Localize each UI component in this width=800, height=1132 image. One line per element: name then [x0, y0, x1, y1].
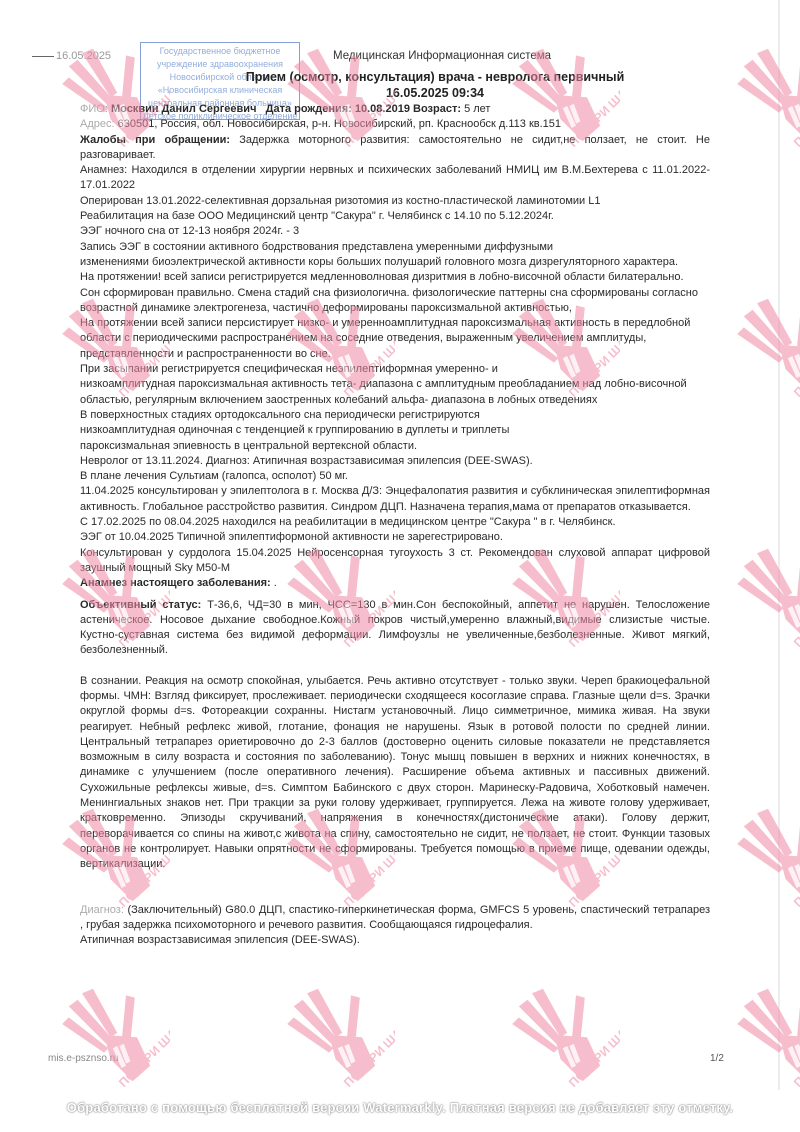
anamnesis-line: Невролог от 13.11.2024. Диагноз: Атипичн… — [80, 454, 710, 469]
print-date-text: 16.05.2025 — [56, 50, 111, 62]
dob-label: Дата рождения: — [266, 103, 352, 115]
present-illness-text: . — [274, 577, 277, 589]
anamnesis-line: области с периодическими распространение… — [80, 331, 710, 346]
complaints-label: Жалобы при обращении: — [80, 134, 230, 146]
document-page: 16.05.2025 Медицинская Информационная си… — [0, 0, 800, 1100]
anamnesis-line: ЭЭГ ночного сна от 12-13 ноября 2024г. -… — [80, 224, 710, 239]
present-illness: Анамнез настоящего заболевания: . — [80, 576, 710, 591]
address-value: 630501, Россия, обл. Новосибирская, р-н.… — [118, 118, 561, 130]
anamnesis-line: представленности и распространенности во… — [80, 347, 710, 362]
diagnosis-text: (Заключительный) G80.0 ДЦП, спастико-гип… — [80, 904, 710, 931]
objective-status: Объективный статус: Т-36,6, ЧД=30 в мин,… — [80, 598, 710, 659]
neuro-status: В сознании. Реакция на осмотр спокойная,… — [80, 674, 710, 873]
document-body: ФИО: Москвин Данил Сергеевич Дата рожден… — [80, 102, 710, 948]
anamnesis-line: низкоамплитудная пароксизмальная активно… — [80, 377, 710, 392]
anamnesis-line: Анамнез: Находился в отделении хирургии … — [80, 163, 710, 194]
anamnesis-line: 11.04.2025 консультирован у эпилептолога… — [80, 484, 710, 515]
anamnesis-line: С 17.02.2025 по 08.04.2025 находился на … — [80, 515, 710, 530]
anamnesis-line: В поверхностных стадиях ортодоксального … — [80, 408, 710, 423]
anamnesis-line: При засыпании регистрируется специфическ… — [80, 362, 710, 377]
anamnesis-line: Реабилитация на базе ООО Медицинский цен… — [80, 209, 710, 224]
diagnosis-label: Диагноз: — [80, 904, 124, 916]
patient-name: Москвин Данил Сергеевич — [111, 103, 257, 115]
present-illness-label: Анамнез настоящего заболевания: — [80, 577, 271, 589]
anamnesis-line: пароксизмальная эпиевность в центральной… — [80, 439, 710, 454]
anamnesis-block: Анамнез: Находился в отделении хирургии … — [80, 163, 710, 576]
age-value: 5 лет — [464, 103, 490, 115]
objective-status-label: Объективный статус: — [80, 599, 201, 611]
age-label: Возраст: — [413, 103, 461, 115]
anamnesis-line: На протяжении всей записи персистирует н… — [80, 316, 710, 331]
anamnesis-line: В плане лечения Сультиам (галопса, оспол… — [80, 469, 710, 484]
diagnosis-secondary: Атипичная возрастзависимая эпилепсия (DE… — [80, 933, 710, 948]
address-line: Адрес: 630501, Россия, обл. Новосибирска… — [80, 117, 710, 132]
anamnesis-line: Консультирован у сурдолога 15.04.2025 Не… — [80, 546, 710, 577]
dob-value: 10.08.2019 — [355, 103, 410, 115]
anamnesis-line: Оперирован 13.01.2022-селективная дорзал… — [80, 194, 710, 209]
complaints: Жалобы при обращении: Задержка моторного… — [80, 133, 710, 164]
anamnesis-line: низкоамплитудная одиночная с тенденцией … — [80, 423, 710, 438]
watermark-banner: Обработано с помощью бесплатной версии W… — [0, 1100, 800, 1115]
diagnosis: Диагноз: (Заключительный) G80.0 ДЦП, спа… — [80, 903, 710, 934]
stamp-line: Государственное бюджетное — [141, 45, 299, 58]
page-number: 1/2 — [710, 1053, 724, 1064]
fio-label: ФИО: — [80, 103, 108, 115]
footer-site: mis.e-psznso.ru — [48, 1053, 119, 1064]
document-title: Прием (осмотр, консультация) врача - нев… — [0, 70, 800, 84]
anamnesis-line: Запись ЭЭГ в состоянии активного бодрств… — [80, 240, 710, 255]
document-datetime: 16.05.2025 09:34 — [0, 86, 800, 100]
page-edge — [778, 0, 780, 1090]
anamnesis-line: Сон сформирован правильно. Смена стадий … — [80, 286, 710, 301]
anamnesis-line: областью, регулярным включением заострен… — [80, 393, 710, 408]
anamnesis-line: На протяжении! всей записи регистрируетс… — [80, 270, 710, 285]
patient-line: ФИО: Москвин Данил Сергеевич Дата рожден… — [80, 102, 710, 117]
address-label: Адрес: — [80, 118, 115, 130]
anamnesis-line: ЭЭГ от 10.04.2025 Типичной эпилептиформо… — [80, 530, 710, 545]
system-title: Медицинская Информационная система — [333, 50, 551, 62]
anamnesis-line: изменениями биоэлектрической активности … — [80, 255, 710, 270]
print-date: 16.05.2025 — [32, 50, 111, 62]
anamnesis-line: возрастной динамике электрогенеза, части… — [80, 301, 710, 316]
